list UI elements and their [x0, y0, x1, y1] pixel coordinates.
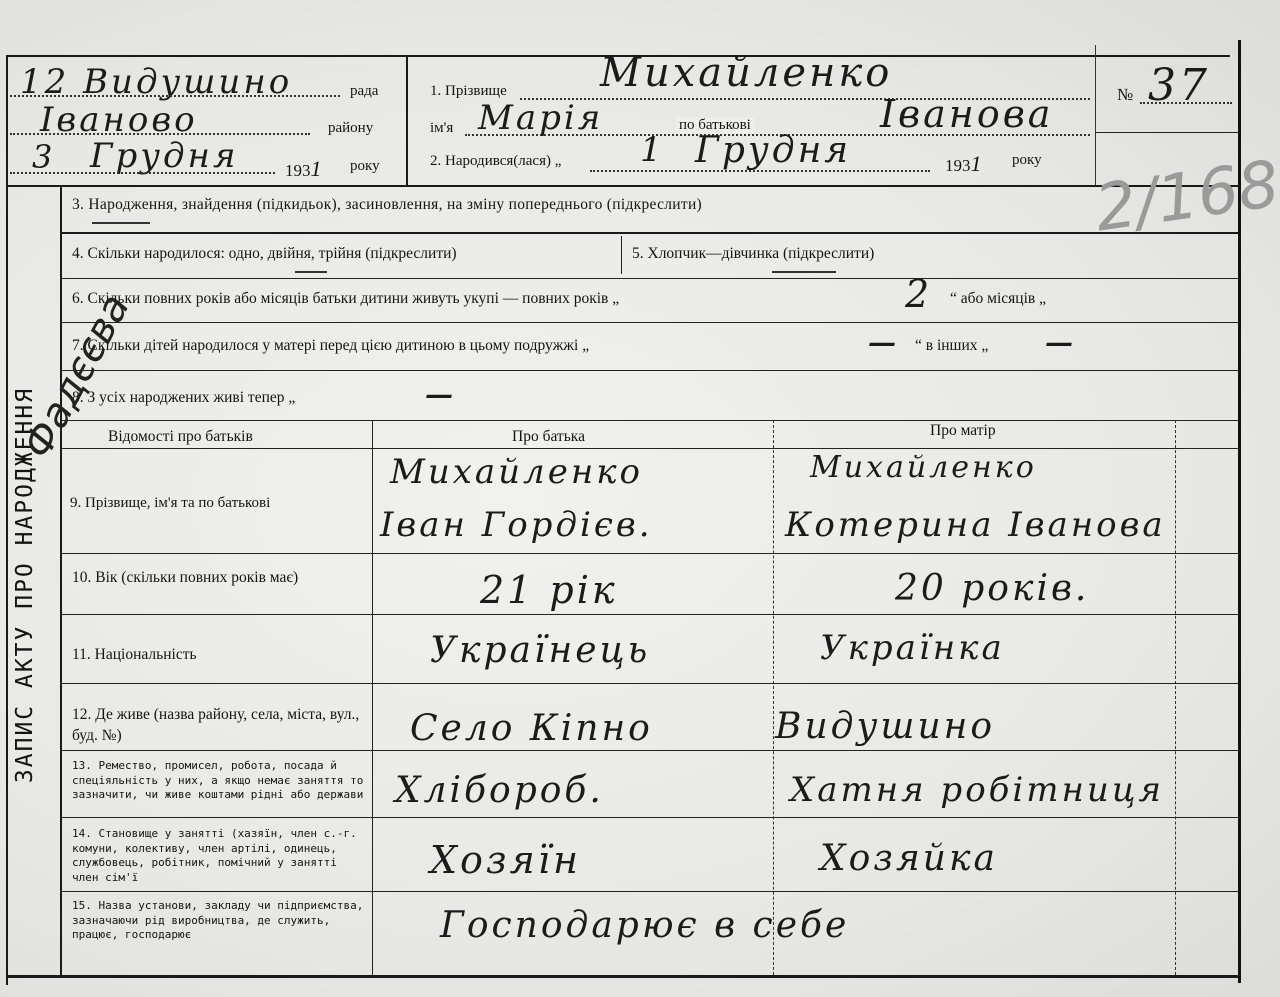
- date-month: Грудня: [90, 136, 238, 176]
- row-14-label: 14. Становище у занятті (хазяїн, член с.…: [72, 827, 364, 885]
- row-3-text: 3. Народження, знайдення (підкидьок), за…: [72, 196, 702, 214]
- patronymic-value: Іванова: [880, 92, 1053, 136]
- mother-status: Хозяйка: [820, 838, 998, 879]
- number-divider: [1095, 45, 1096, 185]
- pencil-note: 2/168: [1091, 148, 1280, 247]
- row-divider: [62, 278, 1238, 279]
- mother-surname: Михайленко: [810, 450, 1037, 485]
- row-divider: [62, 553, 1238, 554]
- number-box-bottom: [1095, 132, 1238, 133]
- father-surname: Михайленко: [390, 452, 643, 492]
- row-6-text: 6. Скільки повних років або місяців бать…: [72, 290, 619, 308]
- row-7-mid: “ в інших „: [915, 337, 988, 355]
- father-nationality: Українець: [430, 630, 650, 671]
- dotted-line: [10, 95, 340, 97]
- table-header-father: Про батька: [512, 428, 585, 446]
- header-bottom-border: [8, 185, 1238, 187]
- row-13-label: 13. Ремество, промисел, робота, посада й…: [72, 759, 364, 803]
- row-11-label: 11. Національність: [72, 646, 197, 664]
- born-year: 1931: [945, 151, 982, 177]
- row-6-tail: “ або місяців „: [950, 290, 1046, 308]
- row-divider: [62, 614, 1238, 615]
- document-scan: 12 Видушино рада Іваново району 3 Грудня…: [0, 0, 1280, 997]
- father-age: 21 рік: [480, 568, 618, 612]
- row-15-label: 15. Назва установи, закладу чи підприємс…: [72, 899, 364, 943]
- date-year-label: року: [350, 158, 380, 175]
- rada-label: рада: [350, 83, 378, 100]
- row-9-label: 9. Прізвище, ім'я та по батькові: [70, 495, 270, 512]
- row-divider: [62, 817, 1238, 818]
- born-year-label: року: [1012, 152, 1042, 169]
- father-occupation: Хлібороб.: [395, 770, 604, 811]
- father-status: Хозяїн: [430, 838, 581, 882]
- date-day: 3: [32, 138, 55, 176]
- bottom-border: [6, 975, 1238, 978]
- row-divider: [62, 370, 1238, 371]
- row-divider: [62, 448, 1238, 449]
- row-divider: [62, 891, 1238, 892]
- dotted-line: [1140, 102, 1232, 104]
- vertical-title: ЗАПИС АКТУ ПРО НАРОДЖЕННЯ: [10, 260, 40, 910]
- left-border: [6, 55, 8, 985]
- name-label: ім'я: [430, 120, 453, 137]
- mother-occupation: Хатня робітниця: [790, 770, 1164, 810]
- row-5-text: 5. Хлопчик—дівчинка (підкреслити): [632, 245, 874, 263]
- row-divider: [62, 322, 1238, 323]
- row-divider: [62, 683, 1238, 684]
- born-label: 2. Народився(лася) „: [430, 153, 561, 170]
- row-divider: [62, 232, 1238, 234]
- father-residence: Село Кіпно: [410, 708, 653, 749]
- mother-name: Котерина Іванова: [785, 505, 1166, 545]
- father-name: Іван Гордієв.: [380, 505, 653, 545]
- raion-label: району: [328, 120, 373, 137]
- row-7-text: 7. Скільки дітей народилося у матері пер…: [72, 337, 589, 355]
- row-6-value: 2: [905, 272, 932, 316]
- father-workplace: Господарює в себе: [440, 905, 849, 946]
- row-8-text: 8. З усіх народжених живі тепер „: [72, 389, 295, 407]
- table-header-info: Відомості про батьків: [108, 428, 253, 446]
- row-4-divider: [621, 236, 622, 274]
- row-8-value: —: [425, 378, 456, 411]
- header-divider: [406, 55, 408, 185]
- underline-single: [295, 271, 327, 273]
- title-column-border: [60, 185, 62, 975]
- born-day: 1: [640, 130, 665, 170]
- mother-age: 20 років.: [895, 568, 1089, 609]
- row-divider: [62, 420, 1238, 421]
- dotted-line: [10, 172, 275, 174]
- table-header-mother: Про матір: [930, 422, 996, 440]
- mother-nationality: Українка: [820, 628, 1005, 668]
- row-12-label: 12. Де живе (назва району, села, міста, …: [72, 704, 362, 746]
- underline-birth: [92, 222, 150, 224]
- row-7-value-2: —: [1045, 326, 1076, 359]
- surname-value: Михайленко: [600, 50, 892, 96]
- dotted-line: [10, 133, 310, 135]
- row-7-value: —: [868, 326, 899, 359]
- row-10-label: 10. Вік (скільки повних років має): [72, 568, 362, 588]
- mother-residence: Видушино: [775, 706, 995, 747]
- row-4-text: 4. Скільки народилося: одно, двійня, трі…: [72, 245, 457, 263]
- date-year: 1931: [285, 156, 322, 182]
- number-label: №: [1117, 85, 1133, 105]
- underline-girl: [772, 271, 836, 273]
- born-month: Грудня: [695, 130, 851, 171]
- name-value: Марія: [478, 98, 603, 138]
- row-divider: [62, 750, 1238, 751]
